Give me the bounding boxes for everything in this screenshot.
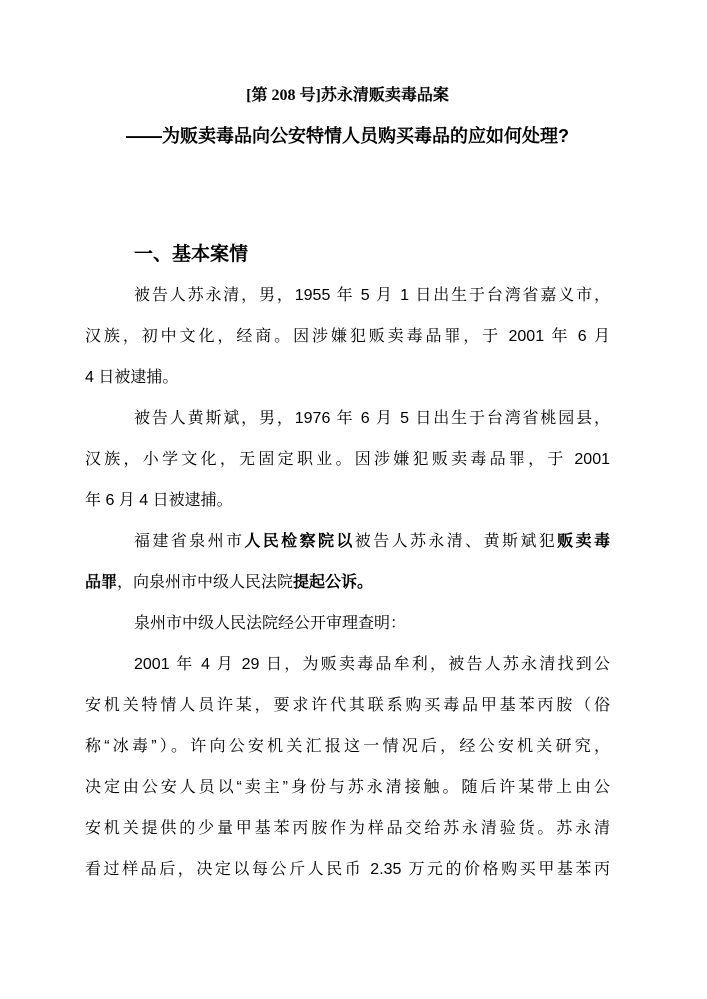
text-segment: 称“冰毒”）。许向公安机关汇报这一情况后，经公安机关研究， <box>85 738 610 755</box>
text-segment: 汉族，小学文化，无固定职业。因涉嫌犯贩卖毒品罪，于 2001 <box>85 451 610 468</box>
text-segment: 安机关提供的少量甲基苯丙胺作为样品交给苏永清验货。苏永清 <box>85 820 610 837</box>
text-segment: 2001 年 4 月 29 日，为贩卖毒品牟利，被告人苏永清找到公 <box>134 656 610 673</box>
document-page: [第 208 号]苏永清贩卖毒品案 ——为贩卖毒品向公安特情人员购买毒品的应如何… <box>0 0 707 999</box>
text-segment: 决定由公安人员以“卖主”身份与苏永清接触。随后许某带上由公 <box>85 779 610 796</box>
text-segment: 泉州市中级人民法院经公开审理查明： <box>134 615 406 632</box>
body-line: 看过样品后，决定以每公斤人民币 2.35 万元的价格购买甲基苯丙 <box>85 849 610 890</box>
body-line: 4 日被逮捕。 <box>85 357 610 398</box>
body-line: 汉族，小学文化，无固定职业。因涉嫌犯贩卖毒品罪，于 2001 <box>85 439 610 480</box>
body-line: 安机关提供的少量甲基苯丙胺作为样品交给苏永清验货。苏永清 <box>85 808 610 849</box>
body-line: 福建省泉州市人民检察院以被告人苏永清、黄斯斌犯贩卖毒 <box>85 521 610 562</box>
section-heading-basic-facts: 一、基本案情 <box>85 234 610 275</box>
body-line: 被告人黄斯斌，男，1976 年 6 月 5 日出生于台湾省桃园县， <box>85 398 610 439</box>
document-body: 被告人苏永清，男，1955 年 5 月 1 日出生于台湾省嘉义市，汉族，初中文化… <box>85 275 610 890</box>
body-line: 泉州市中级人民法院经公开审理查明： <box>85 603 610 644</box>
bold-text-segment: 人民检察院以 <box>244 533 354 550</box>
bold-text-segment: 品罪 <box>85 574 117 591</box>
body-line: 品罪，向泉州市中级人民法院提起公诉。 <box>85 562 610 603</box>
body-line: 汉族，初中文化，经商。因涉嫌犯贩卖毒品罪，于 2001 年 6 月 <box>85 316 610 357</box>
bold-text-segment: 提起公诉。 <box>293 574 373 591</box>
body-line: 安机关特情人员许某，要求许代其联系购买毒品甲基苯丙胺（俗 <box>85 685 610 726</box>
text-segment: 年 6 月 4 日被逮捕。 <box>85 492 233 509</box>
text-segment: 福建省泉州市 <box>134 533 244 550</box>
text-segment: 被告人苏永清、黄斯斌犯 <box>355 533 557 550</box>
bold-text-segment: 贩卖毒 <box>557 533 610 550</box>
text-segment: 4 日被逮捕。 <box>85 369 178 386</box>
text-segment: 汉族，初中文化，经商。因涉嫌犯贩卖毒品罪，于 2001 年 6 月 <box>85 328 610 345</box>
body-line: 决定由公安人员以“卖主”身份与苏永清接触。随后许某带上由公 <box>85 767 610 808</box>
text-segment: 被告人黄斯斌，男，1976 年 6 月 5 日出生于台湾省桃园县， <box>134 410 610 427</box>
body-line: 被告人苏永清，男，1955 年 5 月 1 日出生于台湾省嘉义市， <box>85 275 610 316</box>
body-line: 2001 年 4 月 29 日，为贩卖毒品牟利，被告人苏永清找到公 <box>85 644 610 685</box>
document-subtitle: ——为贩卖毒品向公安特情人员购买毒品的应如何处理? <box>85 116 610 156</box>
body-line: 称“冰毒”）。许向公安机关汇报这一情况后，经公安机关研究， <box>85 726 610 767</box>
text-segment: 安机关特情人员许某，要求许代其联系购买毒品甲基苯丙胺（俗 <box>85 697 610 714</box>
text-segment: 看过样品后，决定以每公斤人民币 2.35 万元的价格购买甲基苯丙 <box>85 861 610 878</box>
body-line: 年 6 月 4 日被逮捕。 <box>85 480 610 521</box>
text-segment: ，向泉州市中级人民法院 <box>117 574 293 591</box>
text-segment: 被告人苏永清，男，1955 年 5 月 1 日出生于台湾省嘉义市， <box>134 287 610 304</box>
document-title: [第 208 号]苏永清贩卖毒品案 <box>85 76 610 116</box>
